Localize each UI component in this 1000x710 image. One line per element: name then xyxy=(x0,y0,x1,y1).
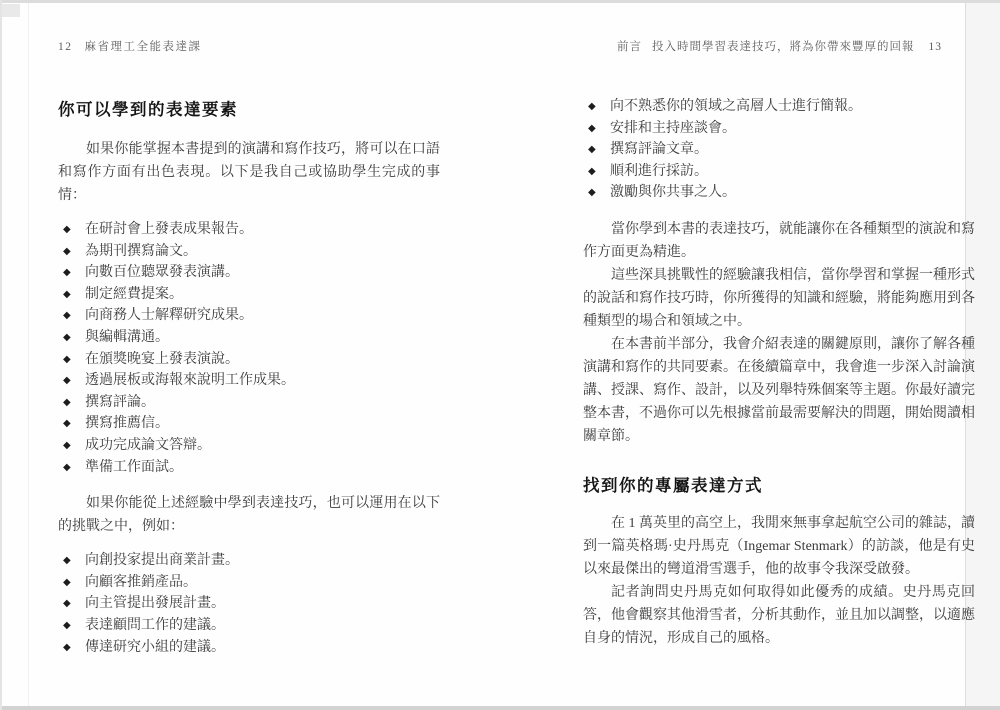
list-item-text: 安排和主持座談會。 xyxy=(610,121,736,136)
list-item-text: 撰寫推薦信。 xyxy=(85,416,169,431)
bullet-diamond-icon: ◆ xyxy=(588,161,596,183)
section-heading-find-your-style: 找到你的專屬表達方式 xyxy=(583,472,975,496)
list-item-text: 撰寫評論文章。 xyxy=(610,142,708,157)
list-item-text: 激勵與你共事之人。 xyxy=(610,185,736,200)
chapter-label: 前言 xyxy=(617,41,642,53)
list-item-text: 傳達研究小組的建議。 xyxy=(85,640,225,655)
paragraph: 記者詢問史丹馬克如何取得如此優秀的成績。史丹馬克回答，他會觀察其他滑雪者，分析其… xyxy=(583,581,975,650)
bullet-diamond-icon: ◆ xyxy=(588,182,596,204)
list-item-text: 撰寫評論。 xyxy=(85,395,155,410)
list-item: ◆ 在頒獎晚宴上發表演說。 xyxy=(58,349,440,371)
list-item: ◆ 為期刊撰寫論文。 xyxy=(58,241,440,263)
bullet-diamond-icon: ◆ xyxy=(63,550,71,572)
chapter-title: 投入時間學習表達技巧，將為你帶來豐厚的回報 xyxy=(652,41,915,53)
bullet-diamond-icon: ◆ xyxy=(63,615,71,637)
list-item-text: 向數百位聽眾發表演講。 xyxy=(85,265,239,280)
bullet-diamond-icon: ◆ xyxy=(63,305,71,327)
list-item: ◆ 安排和主持座談會。 xyxy=(583,118,975,140)
bullet-diamond-icon: ◆ xyxy=(63,392,71,414)
list-item-text: 制定經費提案。 xyxy=(85,287,183,302)
bullet-diamond-icon: ◆ xyxy=(63,637,71,659)
paragraph: 在 1 萬英里的高空上，我閒來無事拿起航空公司的雜誌，讀到一篇英格瑪·史丹馬克（… xyxy=(583,512,975,581)
bullet-diamond-icon: ◆ xyxy=(63,593,71,615)
list-item: ◆ 制定經費提案。 xyxy=(58,284,440,306)
list-item: ◆ 撰寫評論。 xyxy=(58,392,440,414)
list-item: ◆ 向商務人士解釋研究成果。 xyxy=(58,305,440,327)
list-item-text: 透過展板或海報來說明工作成果。 xyxy=(85,373,295,388)
list-item: ◆ 向數百位聽眾發表演講。 xyxy=(58,262,440,284)
bullet-diamond-icon: ◆ xyxy=(588,118,596,140)
list-item-text: 向主管提出發展計畫。 xyxy=(85,596,225,611)
bullet-diamond-icon: ◆ xyxy=(63,370,71,392)
left-page-edge-line xyxy=(28,3,29,706)
section-heading-learn-elements: 你可以學到的表達要素 xyxy=(58,96,440,120)
scan-bottom-edge xyxy=(0,706,1000,710)
list-item: ◆ 向創投家提出商業計畫。 xyxy=(58,550,440,572)
list-item-text: 為期刊撰寫論文。 xyxy=(85,244,197,259)
list-item: ◆ 傳達研究小組的建議。 xyxy=(58,637,440,659)
bullet-diamond-icon: ◆ xyxy=(63,284,71,306)
story-paragraphs: 在 1 萬英里的高空上，我閒來無事拿起航空公司的雜誌，讀到一篇英格瑪·史丹馬克（… xyxy=(583,512,975,650)
list-item: ◆ 激勵與你共事之人。 xyxy=(583,182,975,204)
intro-paragraph: 如果你能掌握本書提到的演講和寫作技巧，將可以在口語和寫作方面有出色表現。以下是我… xyxy=(58,138,440,207)
bullet-diamond-icon: ◆ xyxy=(63,457,71,479)
list-item-text: 向創投家提出商業計畫。 xyxy=(85,553,239,568)
scan-left-edge xyxy=(0,0,2,710)
accomplishments-list: ◆ 在研討會上發表成果報告。 ◆ 為期刊撰寫論文。 ◆ 向數百位聽眾發表演講。 … xyxy=(58,219,440,478)
list-item: ◆ 撰寫推薦信。 xyxy=(58,413,440,435)
list-item-text: 準備工作面試。 xyxy=(85,460,183,475)
list-item-text: 成功完成論文答辯。 xyxy=(85,438,211,453)
list-item: ◆ 表達顧問工作的建議。 xyxy=(58,615,440,637)
left-page-column: 你可以學到的表達要素 如果你能掌握本書提到的演講和寫作技巧，將可以在口語和寫作方… xyxy=(58,94,440,672)
bullet-diamond-icon: ◆ xyxy=(63,435,71,457)
bullet-diamond-icon: ◆ xyxy=(63,241,71,263)
list-item: ◆ 在研討會上發表成果報告。 xyxy=(58,219,440,241)
right-page-number: 13 xyxy=(929,41,943,53)
list-item-text: 向顧客推銷產品。 xyxy=(85,575,197,590)
list-item-text: 向商務人士解釋研究成果。 xyxy=(85,308,253,323)
list-item-text: 向不熟悉你的領域之高層人士進行簡報。 xyxy=(610,99,862,114)
paragraph: 在本書前半部分，我會介紹表達的關鍵原則，讓你了解各種演講和寫作的共同要素。在後續… xyxy=(583,333,975,448)
list-item-text: 與編輯溝通。 xyxy=(85,330,169,345)
list-item-text: 在研討會上發表成果報告。 xyxy=(85,222,253,237)
list-item: ◆ 順利進行採訪。 xyxy=(583,161,975,183)
list-item-text: 在頒獎晚宴上發表演說。 xyxy=(85,352,239,367)
list-item: ◆ 向顧客推銷產品。 xyxy=(58,572,440,594)
list-item: ◆ 成功完成論文答辯。 xyxy=(58,435,440,457)
scan-top-edge xyxy=(0,0,1000,3)
body-paragraphs: 當你學到本書的表達技巧，就能讓你在各種類型的演說和寫作方面更為精進。這些深具挑戰… xyxy=(583,218,975,448)
list-item: ◆ 撰寫評論文章。 xyxy=(583,139,975,161)
bullet-diamond-icon: ◆ xyxy=(63,219,71,241)
left-page-number: 12 xyxy=(58,41,73,53)
bullet-diamond-icon: ◆ xyxy=(63,572,71,594)
list-item: ◆ 透過展板或海報來說明工作成果。 xyxy=(58,370,440,392)
book-title: 麻省理工全能表達課 xyxy=(85,41,202,53)
right-running-head: 前言投入時間學習表達技巧，將為你帶來豐厚的回報13 xyxy=(617,38,942,54)
paragraph: 當你學到本書的表達技巧，就能讓你在各種類型的演說和寫作方面更為精進。 xyxy=(583,218,975,264)
bullet-diamond-icon: ◆ xyxy=(588,139,596,161)
paragraph: 這些深具挑戰性的經驗讓我相信，當你學習和掌握一種形式的說話和寫作技巧時，你所獲得… xyxy=(583,264,975,333)
list-item: ◆ 向不熟悉你的領域之高層人士進行簡報。 xyxy=(583,96,975,118)
right-page-column: ◆ 向不熟悉你的領域之高層人士進行簡報。 ◆ 安排和主持座談會。 ◆ 撰寫評論文… xyxy=(583,94,975,650)
list-item: ◆ 與編輯溝通。 xyxy=(58,327,440,349)
list-item: ◆ 向主管提出發展計畫。 xyxy=(58,593,440,615)
bullet-diamond-icon: ◆ xyxy=(63,262,71,284)
book-spread-scan: 12麻省理工全能表達課 前言投入時間學習表達技巧，將為你帶來豐厚的回報13 你可… xyxy=(0,0,1000,710)
list-item-text: 順利進行採訪。 xyxy=(610,164,708,179)
list-item: ◆ 準備工作面試。 xyxy=(58,457,440,479)
challenges-list-continued: ◆ 向不熟悉你的領域之高層人士進行簡報。 ◆ 安排和主持座談會。 ◆ 撰寫評論文… xyxy=(583,96,975,204)
bullet-diamond-icon: ◆ xyxy=(63,413,71,435)
challenges-list: ◆ 向創投家提出商業計畫。 ◆ 向顧客推銷產品。 ◆ 向主管提出發展計畫。 ◆ … xyxy=(58,550,440,658)
challenges-paragraph: 如果你能從上述經驗中學到表達技巧，也可以運用在以下的挑戰之中，例如： xyxy=(58,492,440,538)
scan-smudge xyxy=(2,4,20,17)
bullet-diamond-icon: ◆ xyxy=(63,327,71,349)
bullet-diamond-icon: ◆ xyxy=(63,349,71,371)
bullet-diamond-icon: ◆ xyxy=(588,96,596,118)
list-item-text: 表達顧問工作的建議。 xyxy=(85,618,225,633)
left-running-head: 12麻省理工全能表達課 xyxy=(58,38,202,54)
